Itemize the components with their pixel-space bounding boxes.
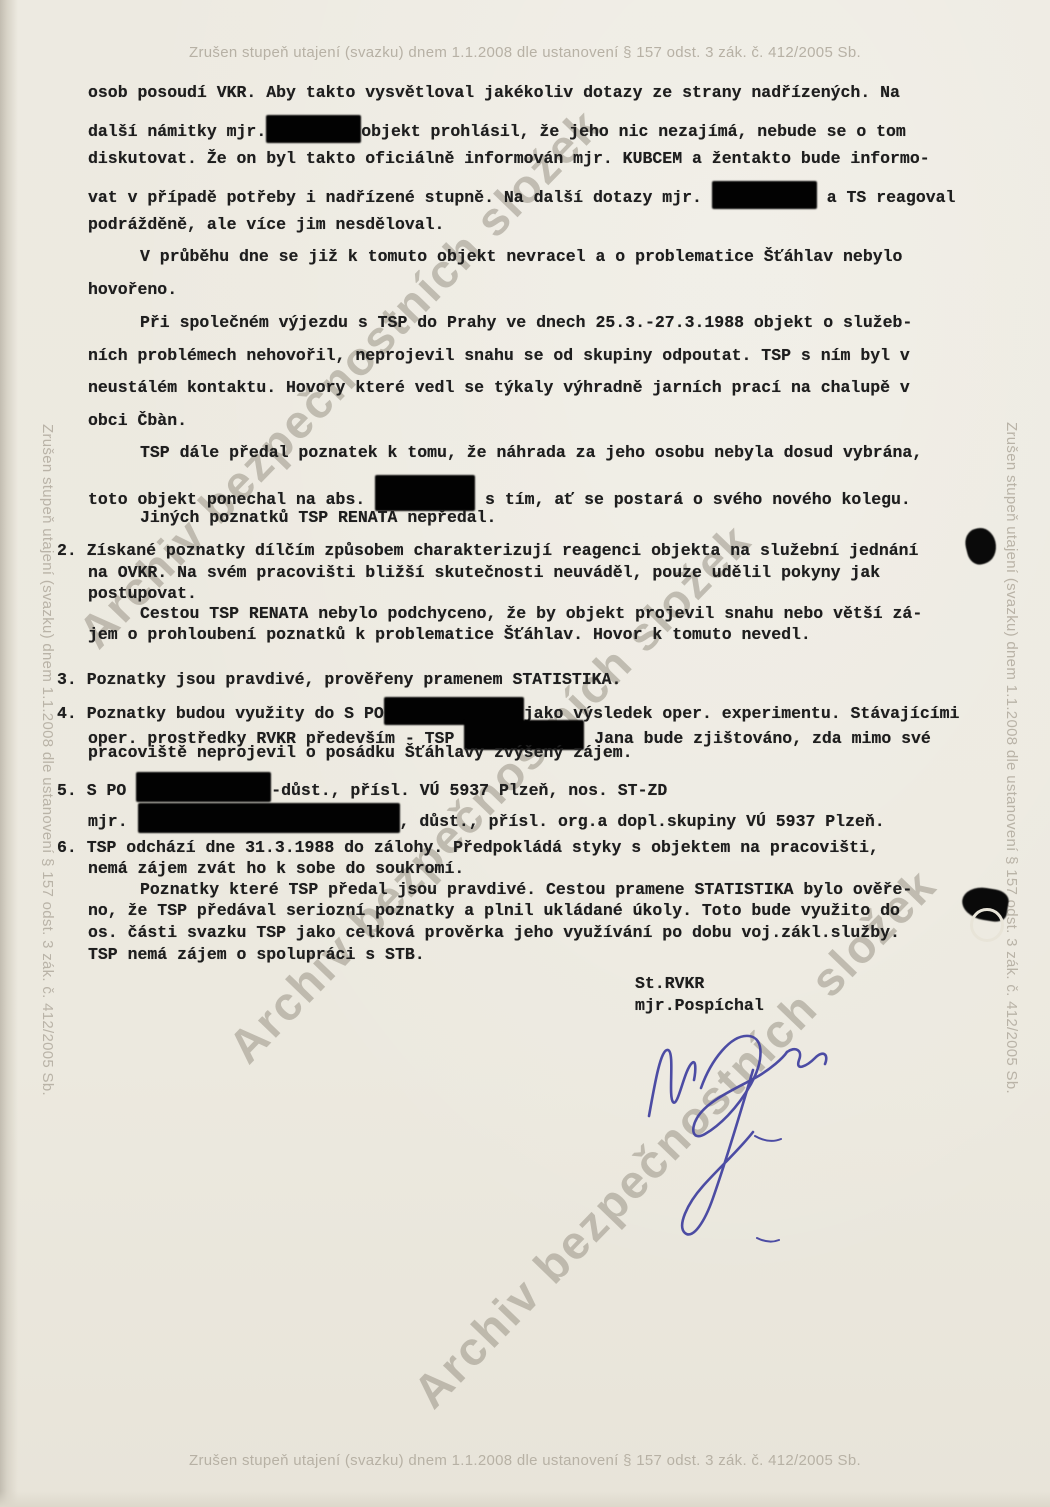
- typed-line: obci Čbàn.: [88, 410, 187, 432]
- typed-text: další námitky mjr.: [88, 122, 266, 141]
- typed-line: 5. S PO -důst., přísl. VÚ 5937 Plzeň, no…: [57, 772, 667, 802]
- typed-line: toto objekt ponechal na abs. s tím, ať s…: [88, 475, 911, 511]
- typed-line: Při společném výjezdu s TSP do Prahy ve …: [140, 312, 912, 334]
- declassification-stamp-right: Zrušen stupeň utajení (svazku) dnem 1.1.…: [1003, 422, 1020, 1084]
- declassification-stamp-left: Zrušen stupeň utajení (svazku) dnem 1.1.…: [39, 424, 56, 1086]
- typed-line: mjr. , důst., přísl. org.a dopl.skupiny …: [88, 803, 885, 833]
- page-left-edge-shadow: [0, 0, 18, 1507]
- typed-line: neustálém kontaktu. Hovory které vedl se…: [88, 377, 910, 399]
- typed-text: podrážděně, ale více jim nesděloval.: [88, 215, 444, 234]
- typed-text: s tím, ať se postará o svého nového kole…: [475, 490, 911, 509]
- typed-line: diskutovat. Že on byl takto oficiálně in…: [88, 148, 930, 170]
- typed-text: hovořeno.: [88, 280, 177, 299]
- typed-text: objekt prohlásil, že jeho nic nezajímá, …: [361, 122, 906, 141]
- typed-line: postupovat.: [88, 583, 197, 605]
- typed-line: St.RVKR: [635, 973, 704, 995]
- punch-hole-ring: [970, 908, 1004, 942]
- typed-text: Cestou TSP RENATA nebylo podchyceno, že …: [140, 604, 922, 623]
- typed-text: ních problémech nehovořil, neprojevil sn…: [88, 346, 910, 365]
- typed-text: V průběhu dne se již k tomuto objekt nev…: [140, 247, 902, 266]
- typed-line: pracoviště neprojevil o posádku Šťáhlavy…: [88, 742, 633, 764]
- redaction-bar: [712, 181, 817, 209]
- typed-line: Cestou TSP RENATA nebylo podchyceno, že …: [140, 603, 922, 625]
- typed-line: nemá zájem zvát ho k sobe do soukromí.: [88, 858, 464, 880]
- typed-line: no, že TSP předával seriozní poznatky a …: [88, 900, 900, 922]
- typed-text: 2. Získané poznatky dílčím způsobem char…: [57, 541, 918, 560]
- punch-hole-mark: [962, 525, 1000, 567]
- typed-line: na OVKR. Na svém pracovišti bližší skute…: [88, 562, 880, 584]
- typed-line: TSP dále předal poznatek k tomu, že náhr…: [140, 442, 922, 464]
- typed-line: jem o prohloubení poznatků k problematic…: [88, 624, 811, 646]
- page-bottom-edge-shadow: [0, 1491, 1050, 1507]
- typed-text: St.RVKR: [635, 974, 704, 993]
- typed-text: diskutovat. Že on byl takto oficiálně in…: [88, 149, 930, 168]
- typed-line: osob posoudí VKR. Aby takto vysvětloval …: [88, 82, 900, 104]
- typed-text: pracoviště neprojevil o posádku Šťáhlavy…: [88, 743, 633, 762]
- typed-text: Jana bude zjištováno, zda mimo své: [584, 729, 931, 748]
- declassification-stamp-top: Zrušen stupeň utajení (svazku) dnem 1.1.…: [0, 44, 1050, 61]
- typed-text: vat v případě potřeby i nadřízené stupně…: [88, 188, 712, 207]
- typed-line: vat v případě potřeby i nadřízené stupně…: [88, 181, 955, 209]
- typed-text: obci Čbàn.: [88, 411, 187, 430]
- typed-line: Poznatky které TSP předal jsou pravdivé.…: [140, 879, 912, 901]
- typed-line: podrážděně, ale více jim nesděloval.: [88, 214, 444, 236]
- typed-text: Při společném výjezdu s TSP do Prahy ve …: [140, 313, 912, 332]
- typed-line: Jiných poznatků TSP RENATA nepředal.: [140, 507, 496, 529]
- typed-text: a TS reagoval: [817, 188, 956, 207]
- typed-text: -důst., přísl. VÚ 5937 Plzeň, nos. ST-ZD: [271, 781, 667, 800]
- typed-line: V průběhu dne se již k tomuto objekt nev…: [140, 246, 902, 268]
- typed-text: postupovat.: [88, 584, 197, 603]
- typed-text: , důst., přísl. org.a dopl.skupiny VÚ 59…: [400, 812, 885, 831]
- scanned-document-page: Zrušen stupeň utajení (svazku) dnem 1.1.…: [0, 0, 1050, 1507]
- typed-text: neustálém kontaktu. Hovory které vedl se…: [88, 378, 910, 397]
- typed-text: na OVKR. Na svém pracovišti bližší skute…: [88, 563, 880, 582]
- typed-line: hovořeno.: [88, 279, 177, 301]
- typed-line: 3. Poznatky jsou pravdivé, prověřeny pra…: [57, 669, 621, 691]
- redaction-bar: [136, 772, 271, 802]
- handwritten-signature: [635, 1008, 845, 1253]
- typed-line: os. části svazku TSP jako celková prověr…: [88, 922, 900, 944]
- typed-line: TSP nemá zájem o spolupráci s STB.: [88, 944, 425, 966]
- typed-text: Jiných poznatků TSP RENATA nepředal.: [140, 508, 496, 527]
- typed-text: 3. Poznatky jsou pravdivé, prověřeny pra…: [57, 670, 621, 689]
- typed-line: další námitky mjr.objekt prohlásil, že j…: [88, 115, 906, 143]
- typed-text: osob posoudí VKR. Aby takto vysvětloval …: [88, 83, 900, 102]
- redaction-bar: [375, 475, 475, 511]
- typed-line: 2. Získané poznatky dílčím způsobem char…: [57, 540, 918, 562]
- typed-text: 5. S PO: [57, 781, 136, 800]
- typed-text: Poznatky které TSP předal jsou pravdivé.…: [140, 880, 912, 899]
- typed-text: TSP nemá zájem o spolupráci s STB.: [88, 945, 425, 964]
- typed-line: 6. TSP odchází dne 31.3.1988 do zálohy. …: [57, 837, 879, 859]
- typed-text: nemá zájem zvát ho k sobe do soukromí.: [88, 859, 464, 878]
- typed-text: jem o prohloubení poznatků k problematic…: [88, 625, 811, 644]
- typed-text: 6. TSP odchází dne 31.3.1988 do zálohy. …: [57, 838, 879, 857]
- redaction-bar: [138, 803, 400, 833]
- declassification-stamp-bottom: Zrušen stupeň utajení (svazku) dnem 1.1.…: [0, 1452, 1050, 1469]
- typed-text: mjr.: [88, 812, 138, 831]
- typed-text: TSP dále předal poznatek k tomu, že náhr…: [140, 443, 922, 462]
- typed-text: no, že TSP předával seriozní poznatky a …: [88, 901, 900, 920]
- redaction-bar: [266, 115, 361, 143]
- typed-line: ních problémech nehovořil, neprojevil sn…: [88, 345, 910, 367]
- typed-text: os. části svazku TSP jako celková prověr…: [88, 923, 900, 942]
